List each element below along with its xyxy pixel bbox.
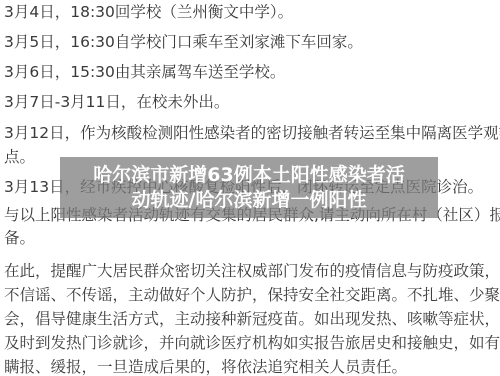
reminder-line-5: 瞒报、缓报，一旦造成后果的，将依法追究相关人员责任。 [4,355,407,376]
itinerary-mar6: 3月6日，15:30由其亲属驾车送至学校。 [4,60,285,84]
headline-line-2: 动轨迹/哈尔滨新增一例阳性 [132,188,367,213]
itinerary-mar5: 3月5日，16:30自学校门口乘车至刘家滩下车回家。 [4,30,363,54]
report-notice-cont: 备。 [4,226,35,250]
reminder-line-4: 及时到发热门诊就诊，并向就诊医疗机构如实报告旅居史和接触史，如有 [4,331,500,355]
headline-overlay: 哈尔滨市新增63例本土阳性感染者活 动轨迹/哈尔滨新增一例阳性 [60,157,438,218]
reminder-line-1: 在此，提醒广大居民群众密切关注权威部门发布的疫情信息与防疫政策， [4,259,500,283]
reminder-line-3: 会，倡导健康生活方式，主动接种新冠疫苗。如出现发热、咳嗽等症状， [4,307,500,331]
itinerary-mar12: 3月12日，作为核酸检测阳性感染者的密切接触者转运至集中隔离医学观察 [4,121,500,145]
reminder-line-2: 不信谣、不传谣，主动做好个人防护，保持安全社交距离。不扎堆、少聚 [4,283,500,307]
itinerary-mar12-cont: 点。 [4,145,35,169]
headline-line-1: 哈尔滨市新增63例本土阳性感染者活 [93,163,404,188]
itinerary-mar7-11: 3月7日-3月11日，在校未外出。 [4,90,229,114]
itinerary-mar4: 3月4日，18:30回学校（兰州衡文中学）。 [4,0,293,24]
